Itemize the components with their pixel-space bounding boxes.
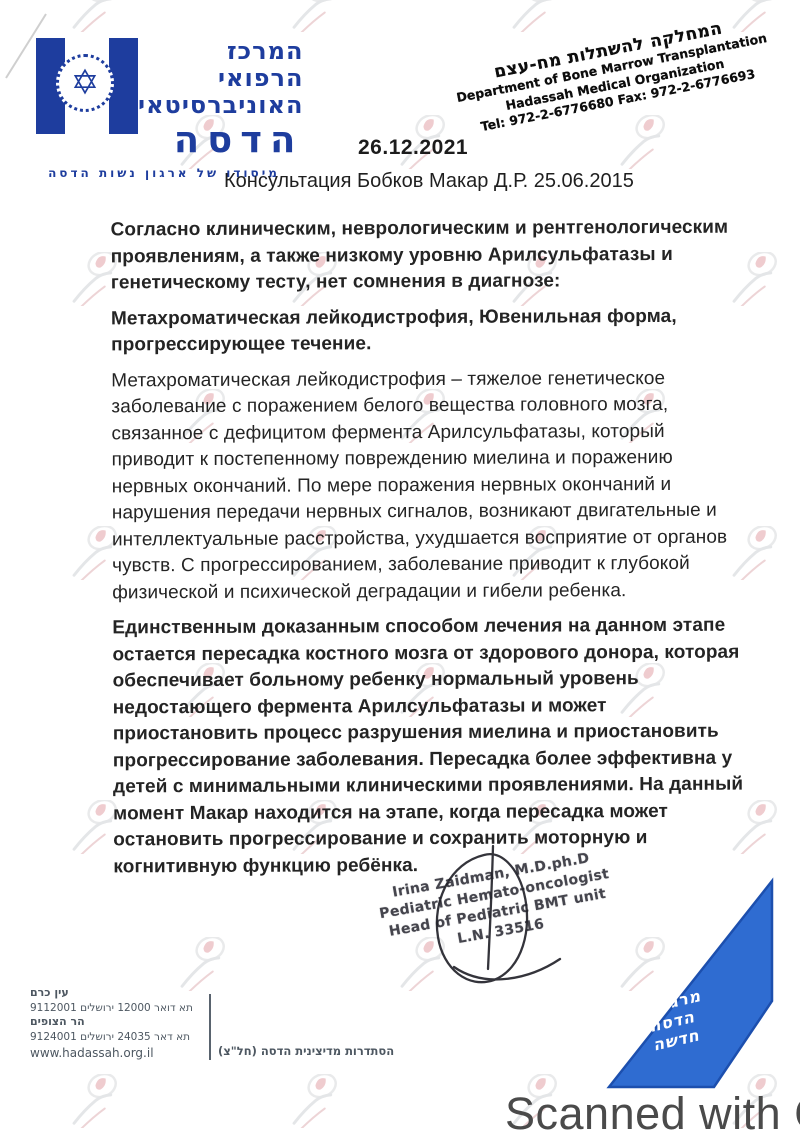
document-date: 26.12.2021 bbox=[358, 136, 468, 160]
footer-divider bbox=[209, 994, 211, 1060]
watermark-logo-icon bbox=[610, 115, 680, 169]
paragraph: Метахроматическая лейкодистрофия – тяжел… bbox=[111, 365, 748, 606]
handwritten-signature bbox=[398, 843, 588, 1003]
paragraph-diagnosis: Метахроматическая лейкодистрофия, Ювенил… bbox=[111, 303, 747, 359]
logo-title-line: הדסה bbox=[138, 120, 303, 160]
paragraph: Согласно клиническим, неврологическим и … bbox=[111, 215, 747, 297]
watermark-logo-icon bbox=[282, 1074, 352, 1128]
address-line: עין כרם bbox=[30, 986, 204, 1001]
website-text: www.hadassah.org.il bbox=[30, 1046, 204, 1061]
hadassah-h-mark-icon: ✡ bbox=[36, 38, 138, 134]
scanned-document-page: ✡ המרכז הרפואי האוניברסיטאי הדסה מיסודו … bbox=[0, 0, 800, 1132]
hadassah-emblem-icon: ✡ bbox=[56, 54, 114, 112]
watermark-logo-icon bbox=[282, 0, 352, 32]
watermark-logo-icon bbox=[62, 0, 132, 32]
watermark-logo-icon bbox=[170, 937, 240, 991]
department-stamp: המחלקה להשתלות מח-עצם Department of Bone… bbox=[439, 8, 786, 141]
logo-title-line: המרכז הרפואי bbox=[138, 38, 303, 92]
footer-org-name: הסתדרות מדיצינית הדסה (חל"צ) bbox=[218, 1044, 394, 1058]
document-subject: Консультация Бобков Макар Д.Р. 25.06.201… bbox=[224, 170, 634, 193]
address-line: תא דואר 12000 ירושלים 9112001 bbox=[30, 1001, 204, 1016]
watermark-logo-icon bbox=[502, 0, 572, 32]
logo-title-line: האוניברסיטאי bbox=[138, 92, 303, 119]
watermark-logo-icon bbox=[62, 1074, 132, 1128]
logo-title: המרכז הרפואי האוניברסיטאי הדסה bbox=[138, 38, 303, 160]
star-of-david-icon: ✡ bbox=[71, 66, 100, 100]
body-text: Согласно клиническим, неврологическим и … bbox=[111, 215, 750, 890]
address-line: תא דאר 24035 ירושלים 9124001 bbox=[30, 1030, 204, 1045]
paragraph: Единственным доказанным способом лечения… bbox=[112, 613, 749, 881]
footer-address: עין כרם תא דואר 12000 ירושלים 9112001 הר… bbox=[30, 986, 204, 1061]
camscanner-watermark: Scanned with CamSca bbox=[505, 1088, 800, 1132]
address-line: הר הצופים bbox=[30, 1015, 204, 1030]
blue-sail-graphic bbox=[592, 872, 784, 1094]
hadassah-logo: ✡ המרכז הרפואי האוניברסיטאי הדסה מיסודו … bbox=[36, 38, 294, 180]
